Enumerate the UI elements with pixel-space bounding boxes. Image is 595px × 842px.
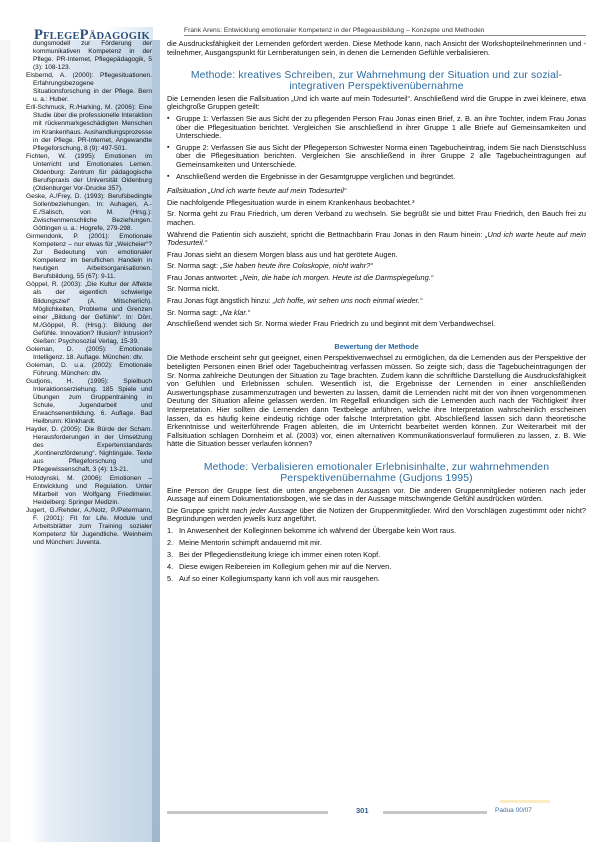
item-number: 4. <box>167 563 173 572</box>
paragraph: Während die Patientin sich auszieht, spr… <box>167 231 586 248</box>
text: Sr. Norma sagt: <box>167 261 220 270</box>
list-item: 3.Bei der Pflegedienstleitung kriege ich… <box>167 551 586 560</box>
sidebar-stripe <box>152 40 160 842</box>
reference-item: Hayder, D. (2005): Die Bürde der Scham. … <box>26 426 152 474</box>
subheading-evaluation: Bewertung der Methode <box>167 343 586 352</box>
paragraph: Sr. Norma geht zu Frau Friedrich, um der… <box>167 210 586 227</box>
text: Während die Patientin sich auszieht, spr… <box>167 230 485 239</box>
reference-list: dungsmodell zur Förderung der kommunikat… <box>26 40 152 547</box>
references-sidebar: dungsmodell zur Förderung der kommunikat… <box>0 40 160 842</box>
item-text: Bei der Pflegedienstleitung kriege ich i… <box>179 550 380 559</box>
case-title: Fallsituation „Und ich warte heute auf m… <box>167 187 586 196</box>
paragraph: Eine Person der Gruppe liest die unten a… <box>167 487 586 504</box>
intro-paragraph: die Ausdrucksfähigkeit der Lernenden gef… <box>167 40 586 57</box>
paragraph: Sr. Norma sagt: „Na klar.“ <box>167 309 586 318</box>
paragraph: Die nachfolgende Pflegesituation wurde i… <box>167 199 586 208</box>
item-number: 3. <box>167 551 173 560</box>
reference-item: Girmendonk, P. (2001): Emotionale Kompet… <box>26 233 152 281</box>
paragraph: Die Lernenden lesen die Fallsituation „U… <box>167 95 586 112</box>
item-number: 2. <box>167 539 173 548</box>
paragraph: Frau Jonas antwortet: „Nein, die habe ic… <box>167 274 586 283</box>
list-item: 2.Meine Mentorin schimpft andauernd mit … <box>167 539 586 548</box>
page-number: 301 <box>356 806 369 815</box>
journal-issue: Padua 00/07 <box>495 807 532 814</box>
reference-item: dungsmodell zur Förderung der kommunikat… <box>26 40 152 72</box>
reference-item: Fichten, W. (1995): Emotionen im Unterri… <box>26 153 152 193</box>
item-text: Auf so einer Kollegiumsparty kann ich vo… <box>179 574 380 583</box>
quote: „Ich hoffe, wir sehen uns noch einmal wi… <box>273 296 423 305</box>
quote: „Sie haben heute ihre Coloskopie, nicht … <box>220 261 373 270</box>
reference-item: Gudjons, H. (1995): Spielbuch Interaktio… <box>26 378 152 426</box>
text: Frau Jonas fügt ängstlich hinzu: <box>167 296 273 305</box>
reference-item: Goleman, D. (2005): Emotionale Intellige… <box>26 346 152 362</box>
paragraph: Die Gruppe spricht nach jeder Aussage üb… <box>167 507 586 524</box>
list-item: Anschließend werden die Ergebnisse in de… <box>167 173 586 182</box>
paragraph: Die Methode erscheint sehr gut geeignet,… <box>167 354 586 449</box>
group-task-list: Gruppe 1: Verfassen Sie aus Sicht der zu… <box>167 115 586 181</box>
reference-item: Jugert, G./Rehder, A./Notz, P./Petermann… <box>26 507 152 547</box>
paragraph: Anschließend wendet sich Sr. Norma wiede… <box>167 320 586 329</box>
paragraph: Sr. Norma sagt: „Sie haben heute ihre Co… <box>167 262 586 271</box>
footer-rule <box>383 811 487 814</box>
list-item: 1.In Anwesenheit der Kolleginnen bekomme… <box>167 527 586 536</box>
text: Sr. Norma sagt: <box>167 308 220 317</box>
footer-highlight <box>500 800 550 803</box>
list-item: 5.Auf so einer Kollegiumsparty kann ich … <box>167 575 586 584</box>
paragraph: Frau Jonas sieht an diesem Morgen blass … <box>167 251 586 260</box>
reference-item: Elsbernd, A. (2000): Pflegesituationen. … <box>26 72 152 104</box>
running-title: Frank Arens: Entwicklung emotionaler Kom… <box>184 27 586 36</box>
section-heading-creative-writing: Methode: kreatives Schreiben, zur Wahrne… <box>167 70 586 93</box>
item-text: Meine Mentorin schimpft andauernd mit mi… <box>179 538 322 547</box>
item-text: Diese ewigen Reibereien im Kollegium geh… <box>179 562 391 571</box>
item-text: In Anwesenheit der Kolleginnen bekomme i… <box>179 526 456 535</box>
reference-item: Göppel, R. (2003): „Die Kultur der Affek… <box>26 281 152 345</box>
item-number: 1. <box>167 527 173 536</box>
main-column: die Ausdrucksfähigkeit der Lernenden gef… <box>167 40 586 586</box>
quote: „Nein, die habe ich morgen. Heute ist di… <box>240 273 433 282</box>
section-heading-verbalizing: Methode: Verbalisieren emotionaler Erleb… <box>167 462 586 485</box>
paragraph: Frau Jonas fügt ängstlich hinzu: „Ich ho… <box>167 297 586 306</box>
list-item: Gruppe 1: Verfassen Sie aus Sicht der zu… <box>167 115 586 141</box>
footer-rule <box>167 811 328 814</box>
item-number: 5. <box>167 575 173 584</box>
reference-item: Holodynski, M. (2006): Emotionen – Entwi… <box>26 475 152 507</box>
reference-item: Erll-Schmuck, R./Harking, M. (2006): Ein… <box>26 104 152 152</box>
text: Frau Jonas antwortet: <box>167 273 240 282</box>
reference-item: Goleman, D. u.a. (2002): Emotionale Führ… <box>26 362 152 378</box>
reference-item: Geske, A./Frey, D. (1993): Berufsbedingt… <box>26 193 152 233</box>
quote: „Na klar.“ <box>220 308 250 317</box>
list-item: 4.Diese ewigen Reibereien im Kollegium g… <box>167 563 586 572</box>
statement-list: 1.In Anwesenheit der Kolleginnen bekomme… <box>167 527 586 583</box>
paragraph: Sr. Norma nickt. <box>167 285 586 294</box>
list-item: Gruppe 2: Verfassen Sie aus Sicht der Pf… <box>167 144 586 170</box>
